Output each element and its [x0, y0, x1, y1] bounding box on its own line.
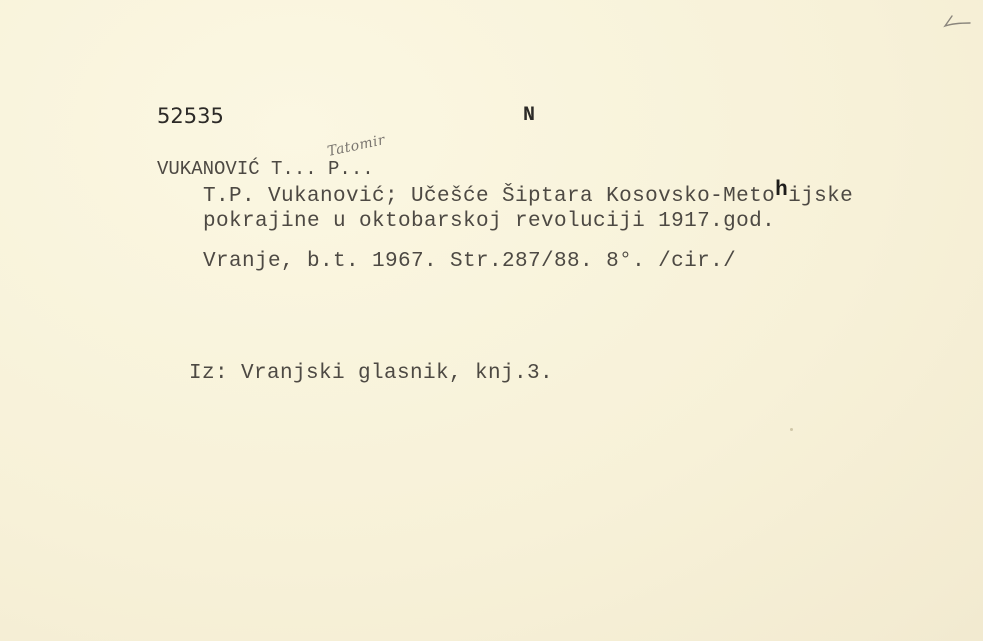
paper-speck [790, 428, 793, 431]
author-heading: VUKANOVIĆ T... P... [157, 158, 374, 180]
publication-details: Vranje, b.t. 1967. Str.287/88. 8°. /cir.… [203, 250, 736, 273]
entry-title-line-1-prefix: T.P. Vukanović; Učešće Šiptara Kosovsko-… [203, 185, 775, 208]
catalog-number: 52535 [157, 104, 224, 128]
card-marker: N [523, 104, 535, 127]
entry-title-line-2: pokrajine u oktobarskoj revoluciji 1917.… [203, 210, 775, 233]
arrow-left-handwritten-icon [942, 12, 972, 32]
overtyped-correction: h [775, 179, 788, 202]
catalog-card: 52535 N Tatomir VUKANOVIĆ T... P... T.P.… [0, 0, 983, 641]
handwritten-annotation: Tatomir [326, 132, 387, 160]
entry-title-line-1-suffix: ijske [788, 185, 853, 208]
source-reference: Iz: Vranjski glasnik, knj.3. [189, 362, 553, 385]
entry-title-line-1: T.P. Vukanović; Učešće Šiptara Kosovsko-… [203, 185, 853, 208]
